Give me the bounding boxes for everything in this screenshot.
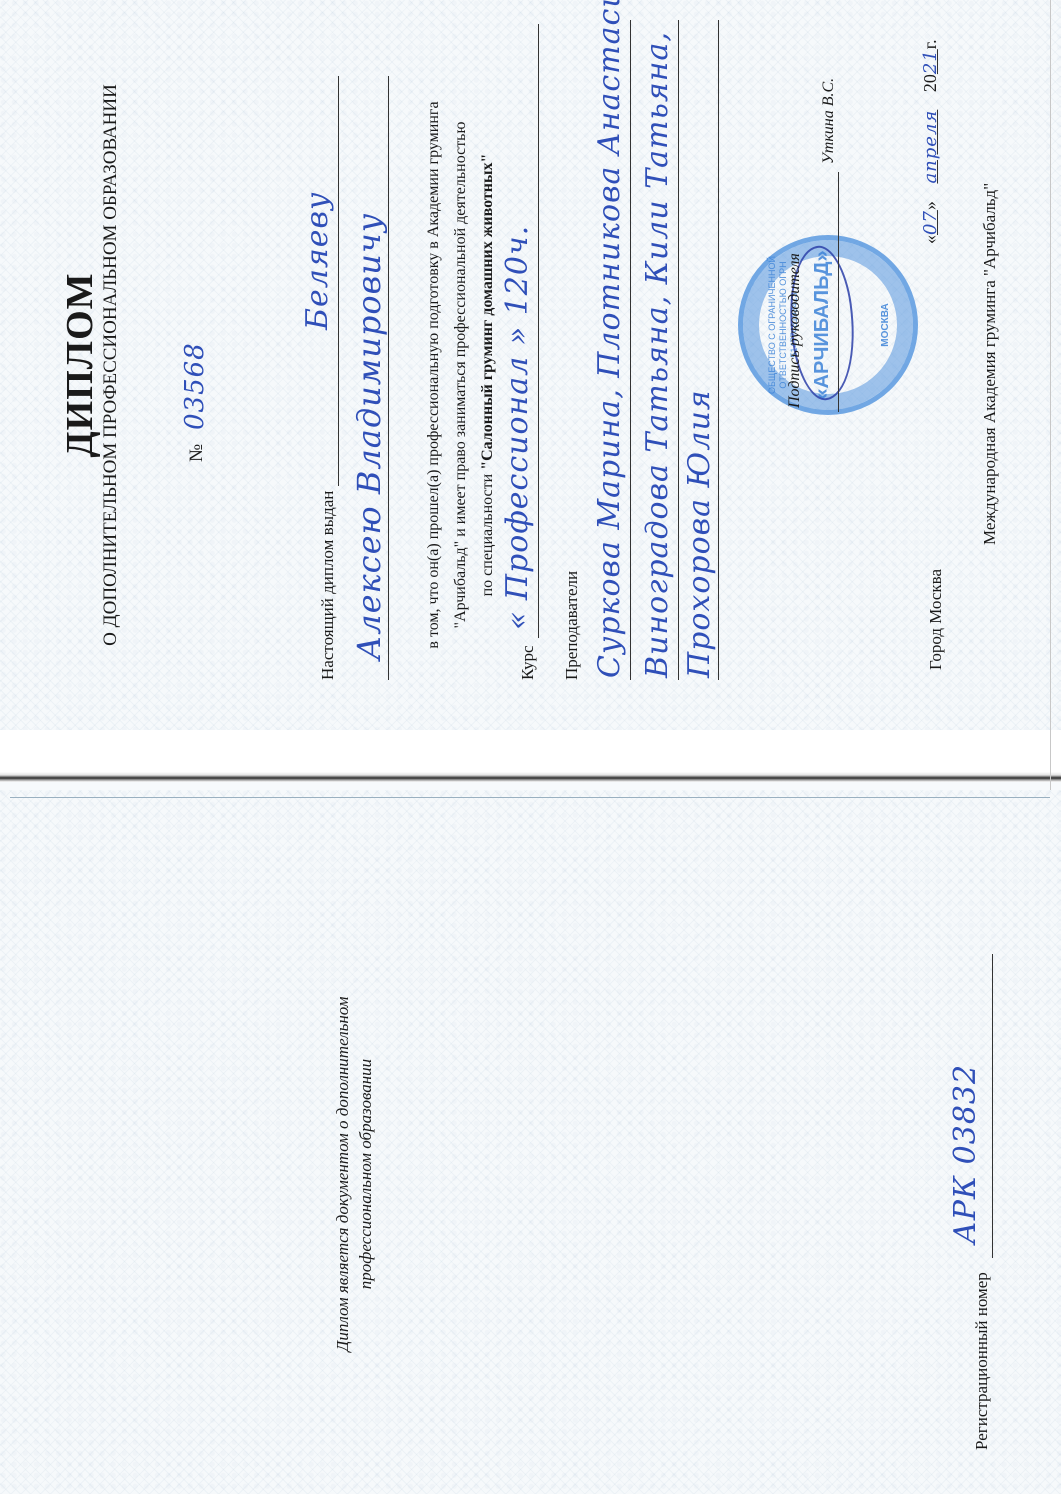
date: «07» апреля 2021г.	[920, 39, 941, 244]
teachers-line-2	[678, 20, 679, 680]
registration-line	[992, 954, 993, 1258]
signatory-name: Уткина В.С.	[820, 78, 838, 164]
recipient-surname-line	[338, 76, 339, 486]
teachers-line-1	[630, 20, 631, 680]
teachers-line-3	[718, 20, 719, 680]
specialty-prefix: по специальности	[479, 470, 496, 597]
diploma-number: 03568	[180, 342, 210, 430]
page-margin-band	[0, 730, 1061, 776]
registration-label: Регистрационный номер	[972, 1272, 992, 1450]
teachers-label: Преподаватели	[562, 571, 582, 680]
course-label: Курс	[518, 645, 538, 680]
date-open-quote: «	[920, 235, 940, 244]
body-line-2: "Арчибальд" и имеет право заниматься про…	[447, 60, 474, 690]
signature-label: Подпись руководителя	[786, 253, 804, 408]
city: Город Москва	[926, 569, 946, 670]
academy-name: Международная Академия груминга "Арчибал…	[980, 183, 1000, 545]
course-value: « Профессионал » 120ч.	[500, 225, 535, 630]
body-line-3: по специальности "Салонный груминг домаш…	[474, 60, 501, 690]
diploma-subtitle: О ДОПОЛНИТЕЛЬНОМ ПРОФЕССИОНАЛЬНОМ ОБРАЗО…	[100, 0, 122, 730]
date-month: апреля	[920, 97, 941, 197]
statement-line-1: Диплом является документом о дополнитель…	[333, 954, 353, 1394]
teacher-line-3: Прохорова Юлия	[682, 389, 717, 678]
specialty: "Салонный груминг домашних животных"	[479, 154, 496, 470]
course-line	[538, 24, 539, 638]
recipient-name-line	[388, 76, 389, 680]
signature-line	[838, 172, 839, 412]
date-year-prefix: 20	[920, 74, 940, 92]
issued-to-label: Настоящий диплом выдан	[318, 491, 338, 680]
date-year-suffix: 21	[920, 49, 941, 74]
registration-number: АРК 03832	[948, 1064, 983, 1244]
diploma-title: ДИПЛОМ	[58, 0, 102, 730]
teacher-line-2: Виноградова Татьяна, Кили Татьяна,	[640, 31, 675, 678]
diploma-back-page: Диплом является документом о дополнитель…	[0, 790, 1061, 1494]
statement-line-2: профессиональном образовании	[356, 954, 376, 1394]
stamp-city-text: МОСКВА	[880, 240, 891, 410]
book-fold	[0, 772, 1061, 782]
number-label: №	[186, 444, 208, 462]
date-day: 07	[920, 210, 941, 235]
diploma-main-page: ДИПЛОМ О ДОПОЛНИТЕЛЬНОМ ПРОФЕССИОНАЛЬНОМ…	[0, 0, 1061, 730]
recipient-name: Алексею Владимировичу	[350, 213, 388, 660]
body-line-1: в том, что он(а) прошел(а) профессиональ…	[420, 60, 447, 690]
date-year-unit: г.	[920, 39, 940, 49]
teacher-line-1: Суркова Марина, Плотникова Анастасия,	[592, 0, 627, 678]
recipient-surname: Беляеву	[300, 192, 335, 330]
date-close-quote: »	[920, 201, 940, 210]
